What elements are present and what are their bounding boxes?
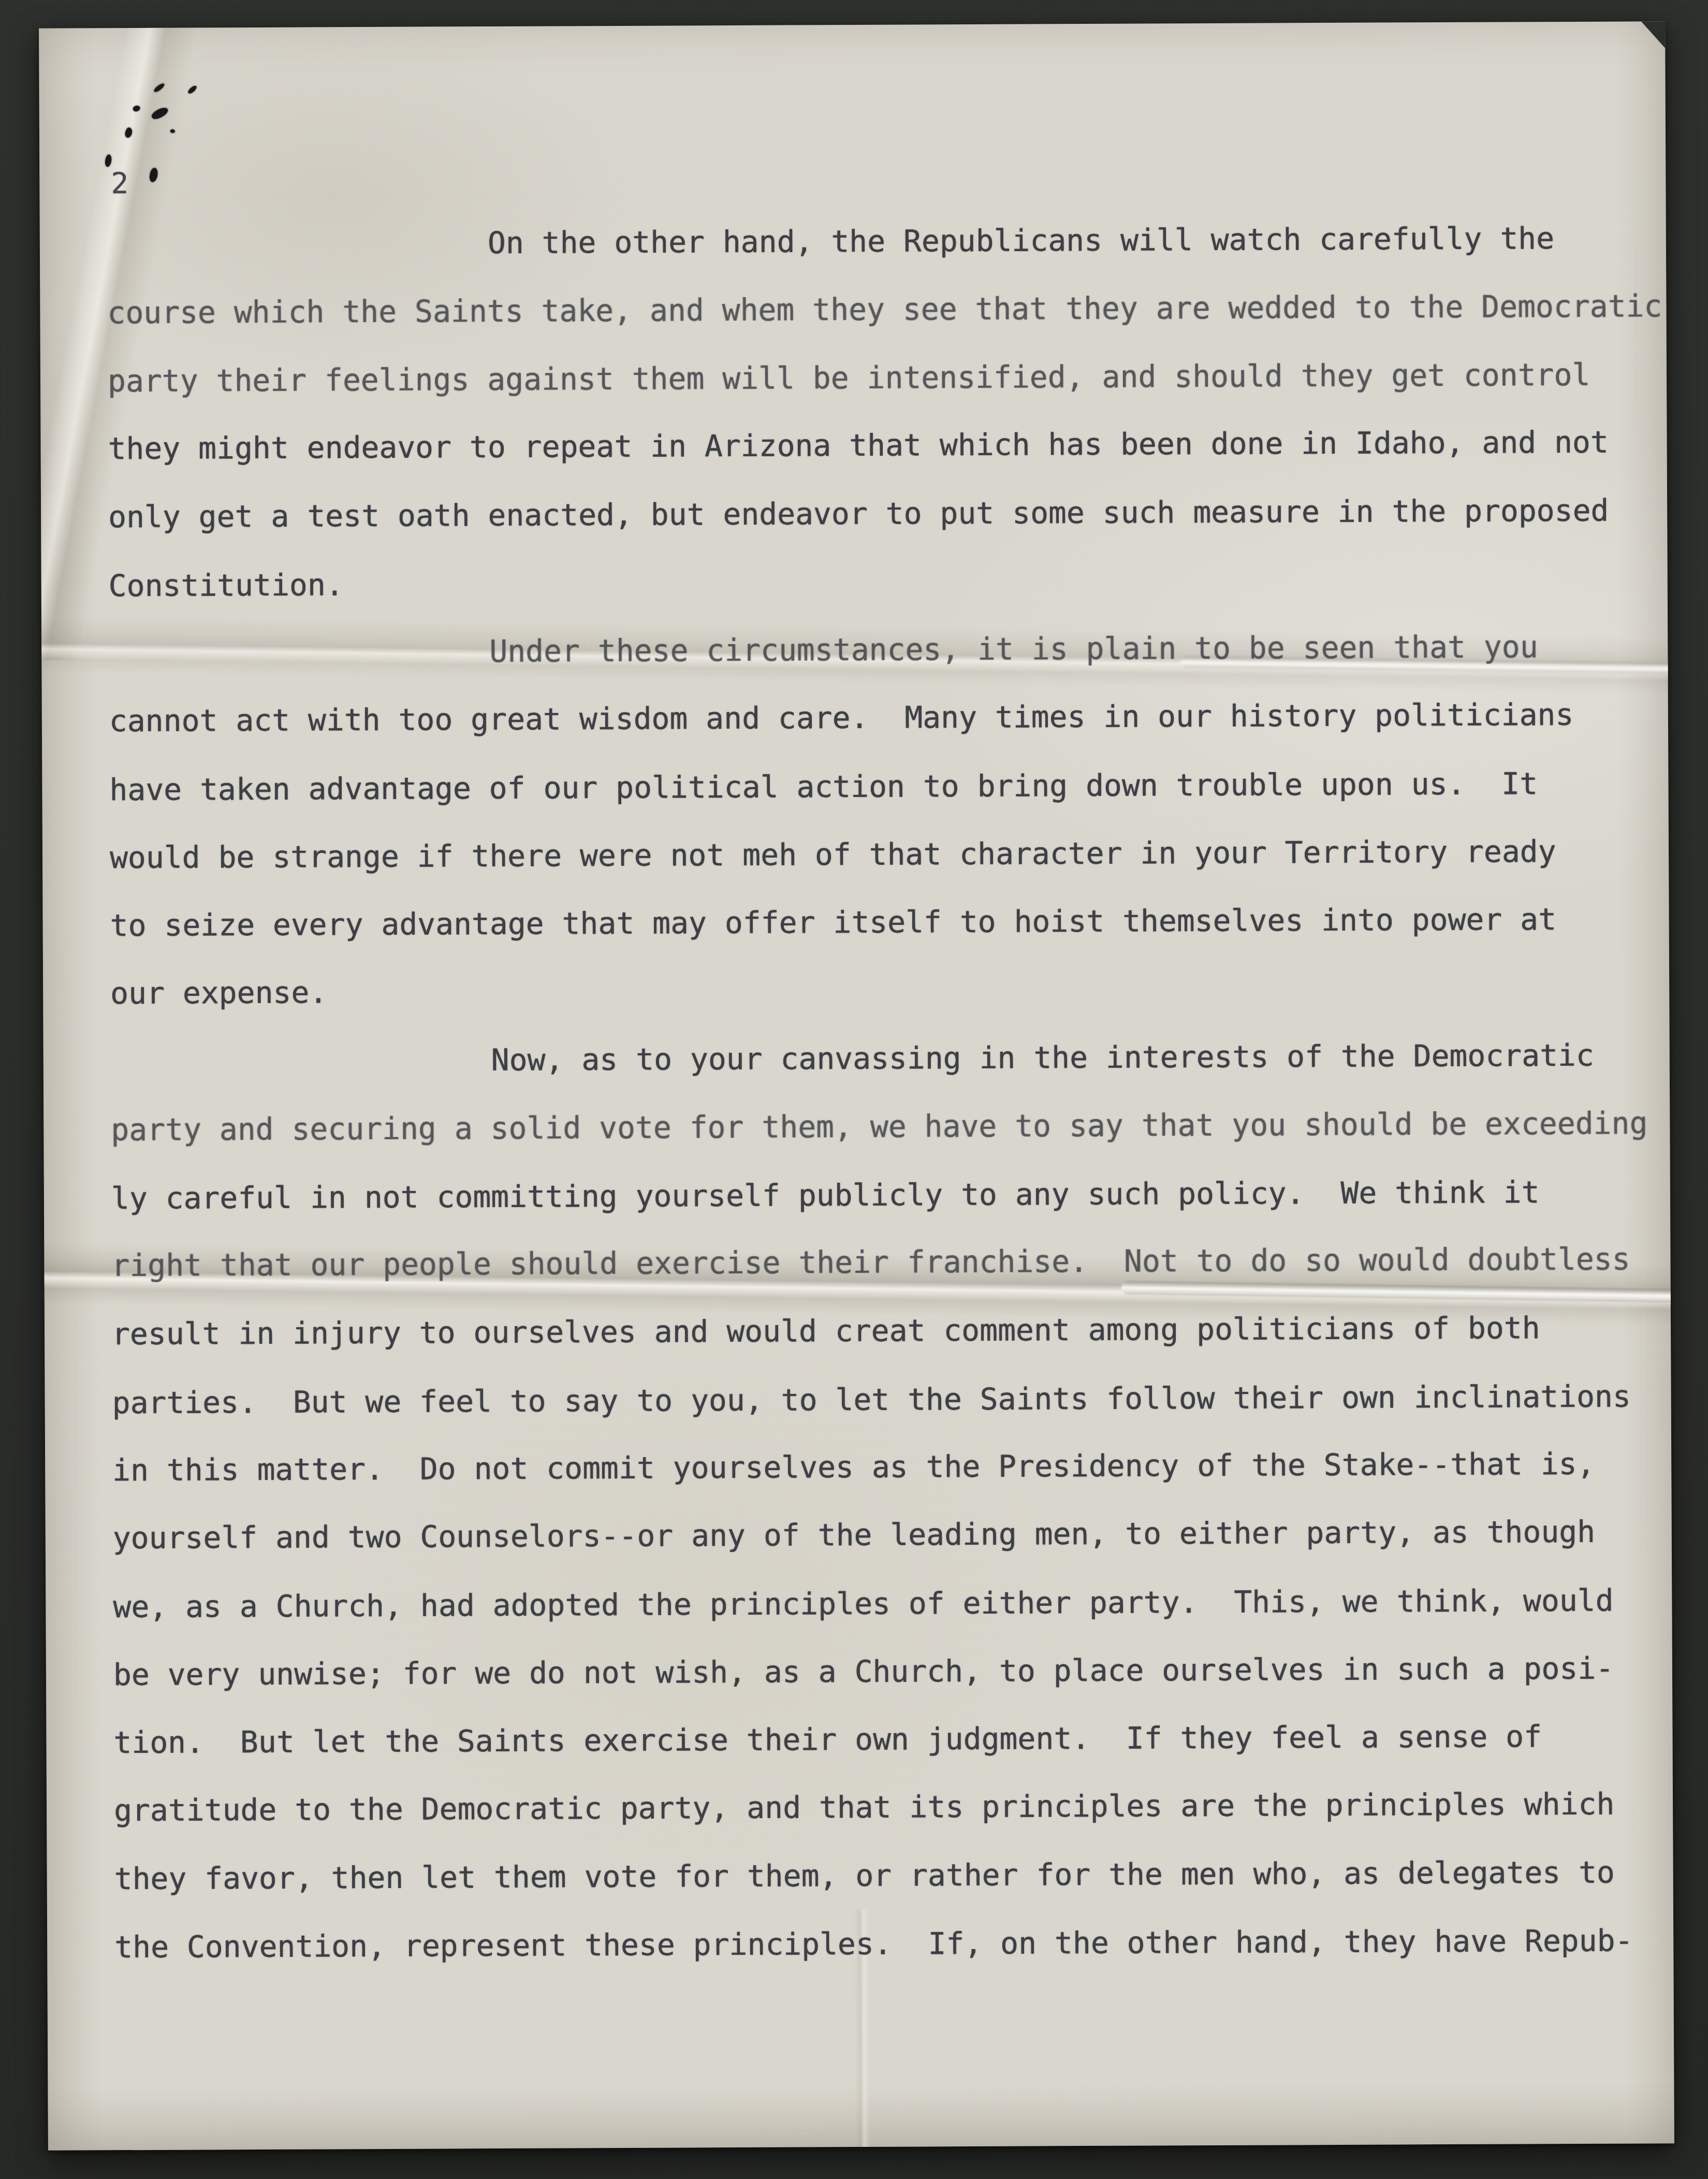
typed-line: cannot act with too great wisdom and car… [109, 680, 1674, 756]
typed-line: only get a test oath enacted, but endeav… [108, 476, 1674, 551]
staple-mark [187, 84, 198, 95]
typed-line: they favor, then let them vote for them,… [114, 1838, 1674, 1913]
typed-line: in this matter. Do not commit yourselves… [112, 1430, 1674, 1505]
typed-line: party and securing a solid vote for them… [111, 1089, 1674, 1165]
staple-mark [170, 129, 175, 133]
typed-line: Under these circumstances, it is plain t… [109, 613, 1674, 688]
page-number: 2 [111, 167, 128, 200]
staple-mark [150, 106, 170, 121]
typed-line: our expense. [110, 953, 1674, 1028]
typed-line: party their feelings against them will b… [108, 341, 1674, 416]
staple-mark [124, 127, 134, 139]
typed-line: gratitude to the Democratic party, and t… [114, 1770, 1674, 1845]
typed-line: Constitution. [108, 545, 1674, 620]
torn-corner [1640, 21, 1666, 49]
staple-mark [104, 154, 112, 167]
scanned-letter-photo: { "scan": { "page_number": "2", "colors"… [0, 0, 1708, 2179]
typed-line: ly careful in not committing yourself pu… [111, 1158, 1674, 1233]
typed-line: parties. But we feel to say to you, to l… [112, 1362, 1674, 1437]
typed-line: would be strange if there were not meh o… [110, 817, 1674, 892]
typed-line: yourself and two Counselors--or any of t… [113, 1498, 1674, 1573]
typed-line: be very unwise; for we do not wish, as a… [113, 1634, 1674, 1709]
staple-mark [132, 105, 141, 112]
typed-line: tion. But let the Saints exercise their … [113, 1702, 1674, 1777]
typed-line: result in injury to ourselves and would … [112, 1294, 1674, 1369]
typed-line: the Convention, represent these principl… [114, 1907, 1674, 1982]
typed-line: right that our people should exercise th… [111, 1225, 1674, 1300]
typed-line: On the other hand, the Republicans will … [107, 204, 1674, 279]
typed-text: On the other hand, the Republicans will … [107, 204, 1674, 1981]
typed-line: we, as a Church, had adopted the princip… [113, 1566, 1674, 1641]
typed-line: they might endeavor to repeat in Arizona… [108, 408, 1674, 483]
staple-mark [153, 82, 165, 93]
typed-line: course which the Saints take, and whem t… [107, 272, 1674, 347]
staple-mark [149, 167, 159, 183]
typed-line: to seize every advantage that may offer … [110, 885, 1674, 960]
document-page: 2 On the other hand, the Republicans wil… [39, 21, 1674, 2151]
typed-line: Now, as to your canvassing in the intere… [110, 1021, 1674, 1096]
typed-line: have taken advantage of our political ac… [109, 749, 1674, 824]
